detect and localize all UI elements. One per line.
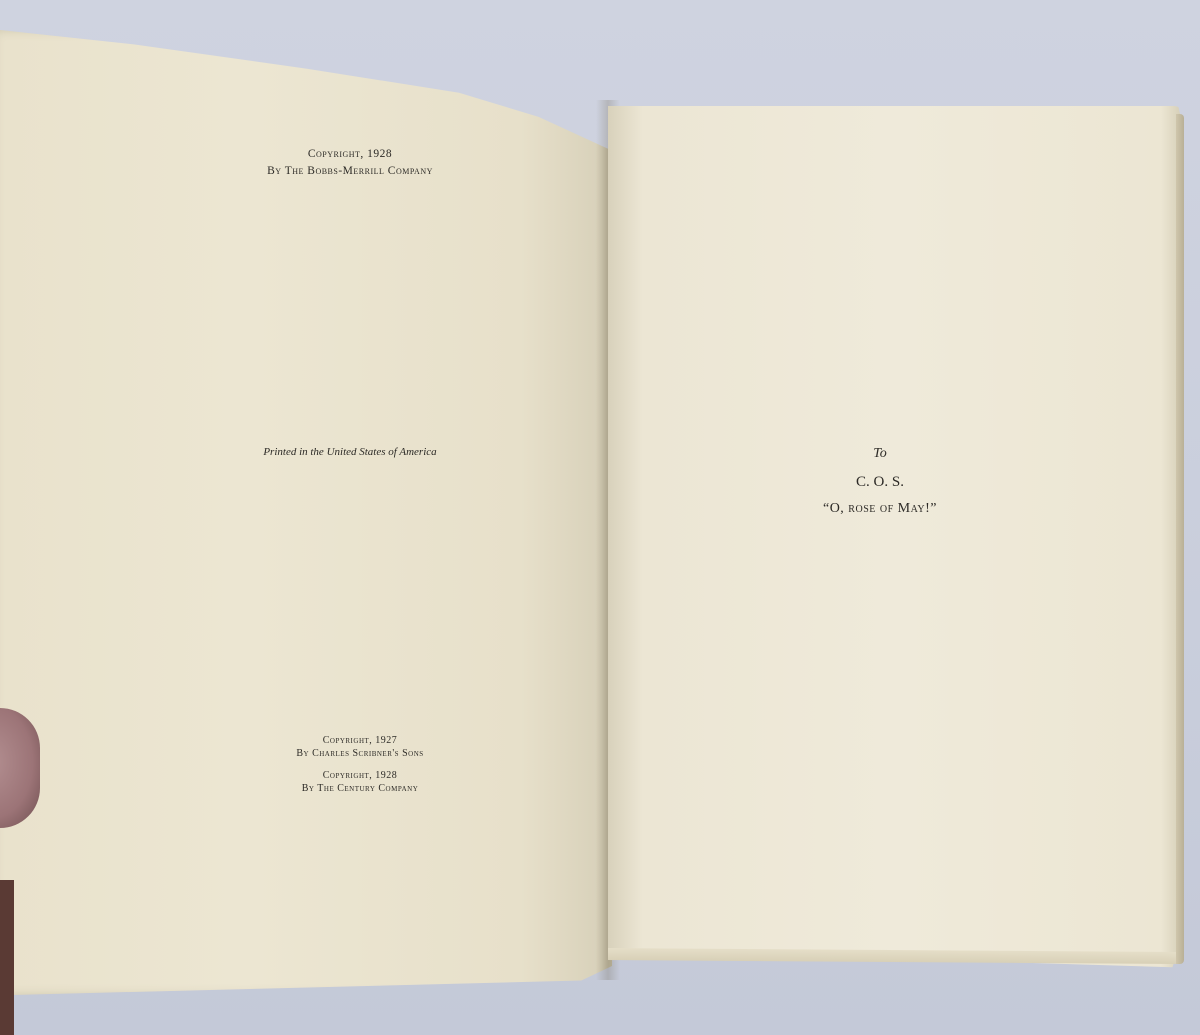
- copyright-line: Copyright, 1928: [250, 769, 470, 782]
- printed-in-notice: Printed in the United States of America: [210, 446, 490, 458]
- prior-copyrights: Copyright, 1927 By Charles Scribner's So…: [250, 734, 470, 795]
- copyright-line: Copyright, 1928: [210, 146, 490, 163]
- book-photo: Copyright, 1928 By The Bobbs-Merrill Com…: [0, 0, 1200, 1035]
- publisher-line: By The Century Company: [250, 782, 470, 795]
- page-edge-right: [1176, 114, 1184, 964]
- book-cover-edge: [0, 880, 14, 1035]
- copyright-notice-bobbs-merrill: Copyright, 1928 By The Bobbs-Merrill Com…: [210, 146, 490, 180]
- dedication-to: To: [760, 444, 1000, 464]
- publisher-line: By Charles Scribner's Sons: [250, 747, 470, 760]
- publisher-line: By The Bobbs-Merrill Company: [210, 163, 490, 180]
- dedication-initials: C. O. S.: [760, 474, 1000, 491]
- page-edge-bottom: [608, 948, 1176, 964]
- copyright-line: Copyright, 1927: [250, 734, 470, 747]
- dedication-quote: “O, rose of May!”: [760, 501, 1000, 517]
- dedication: To C. O. S. “O, rose of May!”: [760, 444, 1000, 517]
- right-page: [608, 106, 1184, 976]
